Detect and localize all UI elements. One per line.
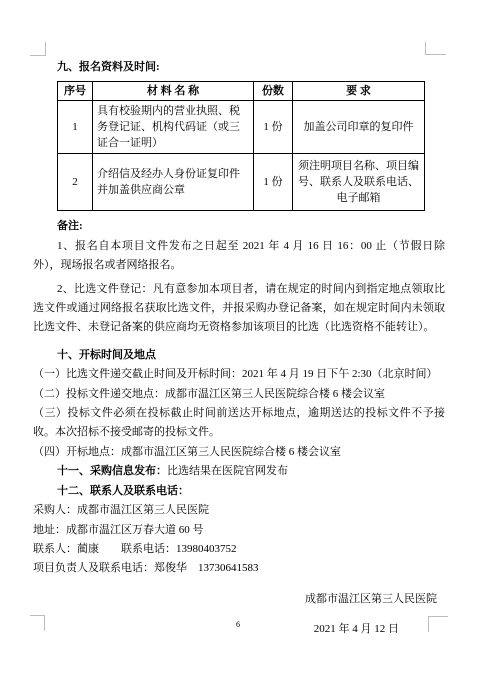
table-header-row: 序号 材 料 名 称 份数 要 求 [58,82,425,101]
col-header-copies: 份数 [253,82,292,101]
crop-mark-top-right-icon [425,42,446,55]
document-content: 九、报名资料及时间: 序号 材 料 名 称 份数 要 求 1 具有校验期内的营业… [33,58,445,651]
row1-no: 1 [58,101,93,154]
note-2: 2、比选文件登记：凡有意参加本项目者，请在规定的时间内到指定地点领取比选文件或通… [33,280,445,338]
document-page: 九、报名资料及时间: 序号 材 料 名 称 份数 要 求 1 具有校验期内的营业… [0,0,477,673]
col-header-no: 序号 [58,82,93,101]
row2-material-name: 介绍信及经办人身份证复印件并加盖供应商公章 [93,154,254,211]
section10-item-1: （一）比选文件递交截止时间及开标时间：2021 年 4 月 19 日下午 2:3… [33,365,445,384]
col-header-material-name: 材 料 名 称 [93,82,254,101]
section11-heading: 十一、采购信息发布： [57,465,167,477]
section10-heading: 十、开标时间及地点 [33,346,445,365]
table-row: 2 介绍信及经办人身份证复印件并加盖供应商公章 1 份 须注明项目名称、项目编号… [58,154,425,211]
section10-item-2: （二）投标文件递交地点：成都市温江区第三人民医院综合楼 6 楼会议室 [33,385,445,404]
row1-material-name: 具有校验期内的营业执照、税务登记证、机构代码证（或三证合一证明） [93,101,254,154]
signature-org: 成都市温江区第三人民医院 [33,590,445,609]
notes-label: 备注: [33,217,445,236]
contact-phone: 联系电话：13980403752 [121,543,237,555]
section11-text: 比选结果在医院官网发布 [167,465,288,477]
section10-item-4: （四）开标地点：成都市温江区第三人民医院综合楼 6 楼会议室 [33,443,445,462]
materials-table: 序号 材 料 名 称 份数 要 求 1 具有校验期内的营业执照、税务登记证、机构… [57,81,425,211]
note-1: 1、报名自本项目文件发布之日起至 2021 年 4 月 16 日 16：00 止… [33,237,445,276]
crop-mark-top-left-icon [30,42,46,56]
section12-heading: 十二、联系人及联系电话： [33,482,445,501]
row2-requirement: 须注明项目名称、项目编号、联系人及联系电话、电子邮箱 [293,154,425,211]
row1-requirement: 加盖公司印章的复印件 [293,101,425,154]
col-header-requirement: 要 求 [293,82,425,101]
page-number: 6 [230,620,246,629]
row1-copies: 1 份 [253,101,292,154]
row2-copies: 1 份 [253,154,292,211]
table-row: 1 具有校验期内的营业执照、税务登记证、机构代码证（或三证合一证明） 1 份 加… [58,101,425,154]
contact-name: 联系人：蔺康 [33,543,99,555]
project-lead-line: 项目负责人及联系电话：郑俊华 13730641583 [33,559,445,578]
contact-line: 联系人：蔺康联系电话：13980403752 [33,540,445,559]
address-line: 地址：成都市温江区万春大道 60 号 [33,521,445,540]
section11-line: 十一、采购信息发布：比选结果在医院官网发布 [33,462,445,481]
section9-heading: 九、报名资料及时间: [33,58,445,77]
purchaser-line: 采购人：成都市温江区第三人民医院 [33,501,445,520]
row2-no: 2 [58,154,93,211]
section10-item-3: （三）投标文件必须在投标截止时间前送达开标地点，逾期送达的投标文件不予接收。本次… [33,404,445,443]
